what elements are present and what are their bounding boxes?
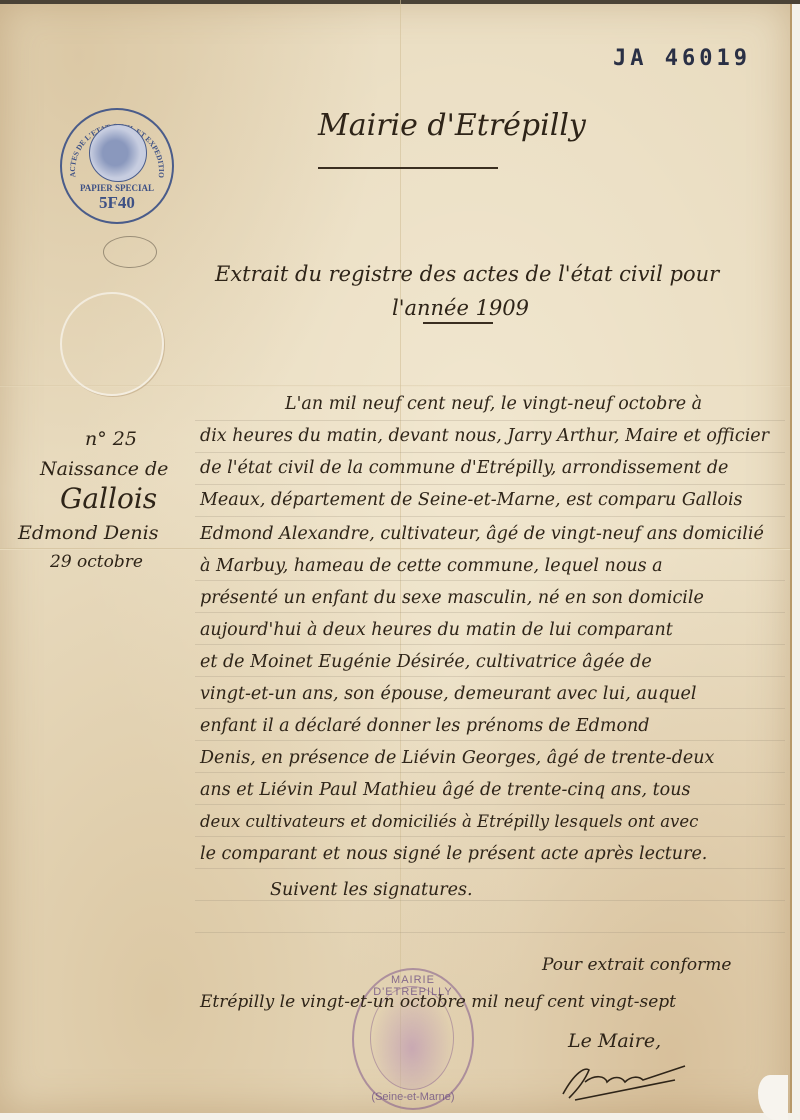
margin-date: 29 octobre [50,552,143,572]
margin-act-number: n° 25 [85,428,137,450]
mairie-seal: MAIRIE D'ETREPILLY (Seine-et-Marne) [352,968,474,1110]
stamp-label: PAPIER SPECIAL [62,183,172,193]
year-underline [423,322,493,324]
stamp-price: 5F40 [62,193,172,213]
document-title: Mairie d'Etrépilly [318,108,586,143]
body-line: présenté un enfant du sexe masculin, né … [200,588,704,608]
body-line: à Marbuy, hameau de cette commune, leque… [200,556,663,576]
body-line: dix heures du matin, devant nous, Jarry … [200,426,769,446]
body-line: Denis, en présence de Liévin Georges, âg… [200,748,714,768]
body-line: L'an mil neuf cent neuf, le vingt-neuf o… [285,394,702,414]
tax-stamp: ACTES DE L'ETAT CIVIL ET EXPEDITIONS PAP… [60,108,174,224]
body-line: de l'état civil de la commune d'Etrépill… [200,458,728,478]
body-line: Edmond Alexandre, cultivateur, âgé de vi… [200,524,764,544]
marianne-head-icon [89,124,147,182]
body-line: vingt-et-un ans, son épouse, demeurant a… [200,684,697,704]
heading-line-2: l'année 1909 [392,296,529,320]
seal-bottom-text: (Seine-et-Marne) [354,1091,472,1103]
title-underline [318,167,498,169]
body-line: enfant il a déclaré donner les prénoms d… [200,716,649,736]
body-line: ans et Liévin Paul Mathieu âgé de trente… [200,780,690,800]
margin-surname: Gallois [60,482,157,515]
place-date-text: Etrépilly le vingt-et-un octobre mil neu… [200,992,676,1012]
margin-naissance: Naissance de [40,458,168,480]
fold-crease-horizontal [0,548,790,550]
body-line: aujourd'hui à deux heures du matin de lu… [200,620,673,640]
body-line: et de Moinet Eugénie Désirée, cultivatri… [200,652,652,672]
body-line: le comparant et nous signé le présent ac… [200,844,707,864]
heading-line-1: Extrait du registre des actes de l'état … [215,262,719,286]
mayor-signature-icon [555,1062,695,1102]
embossed-seal [60,292,164,396]
margin-given-names: Edmond Denis [18,522,158,544]
signatory-title: Le Maire, [568,1030,661,1052]
body-line: Meaux, département de Seine-et-Marne, es… [200,490,743,510]
body-line: deux cultivateurs et domiciliés à Etrépi… [200,812,698,831]
serial-number: JA 46019 [613,46,751,71]
torn-corner [758,1075,788,1120]
small-oval-stamp [103,236,157,268]
signatures-note: Suivent les signatures. [270,880,473,900]
certification-text: Pour extrait conforme [542,955,731,975]
